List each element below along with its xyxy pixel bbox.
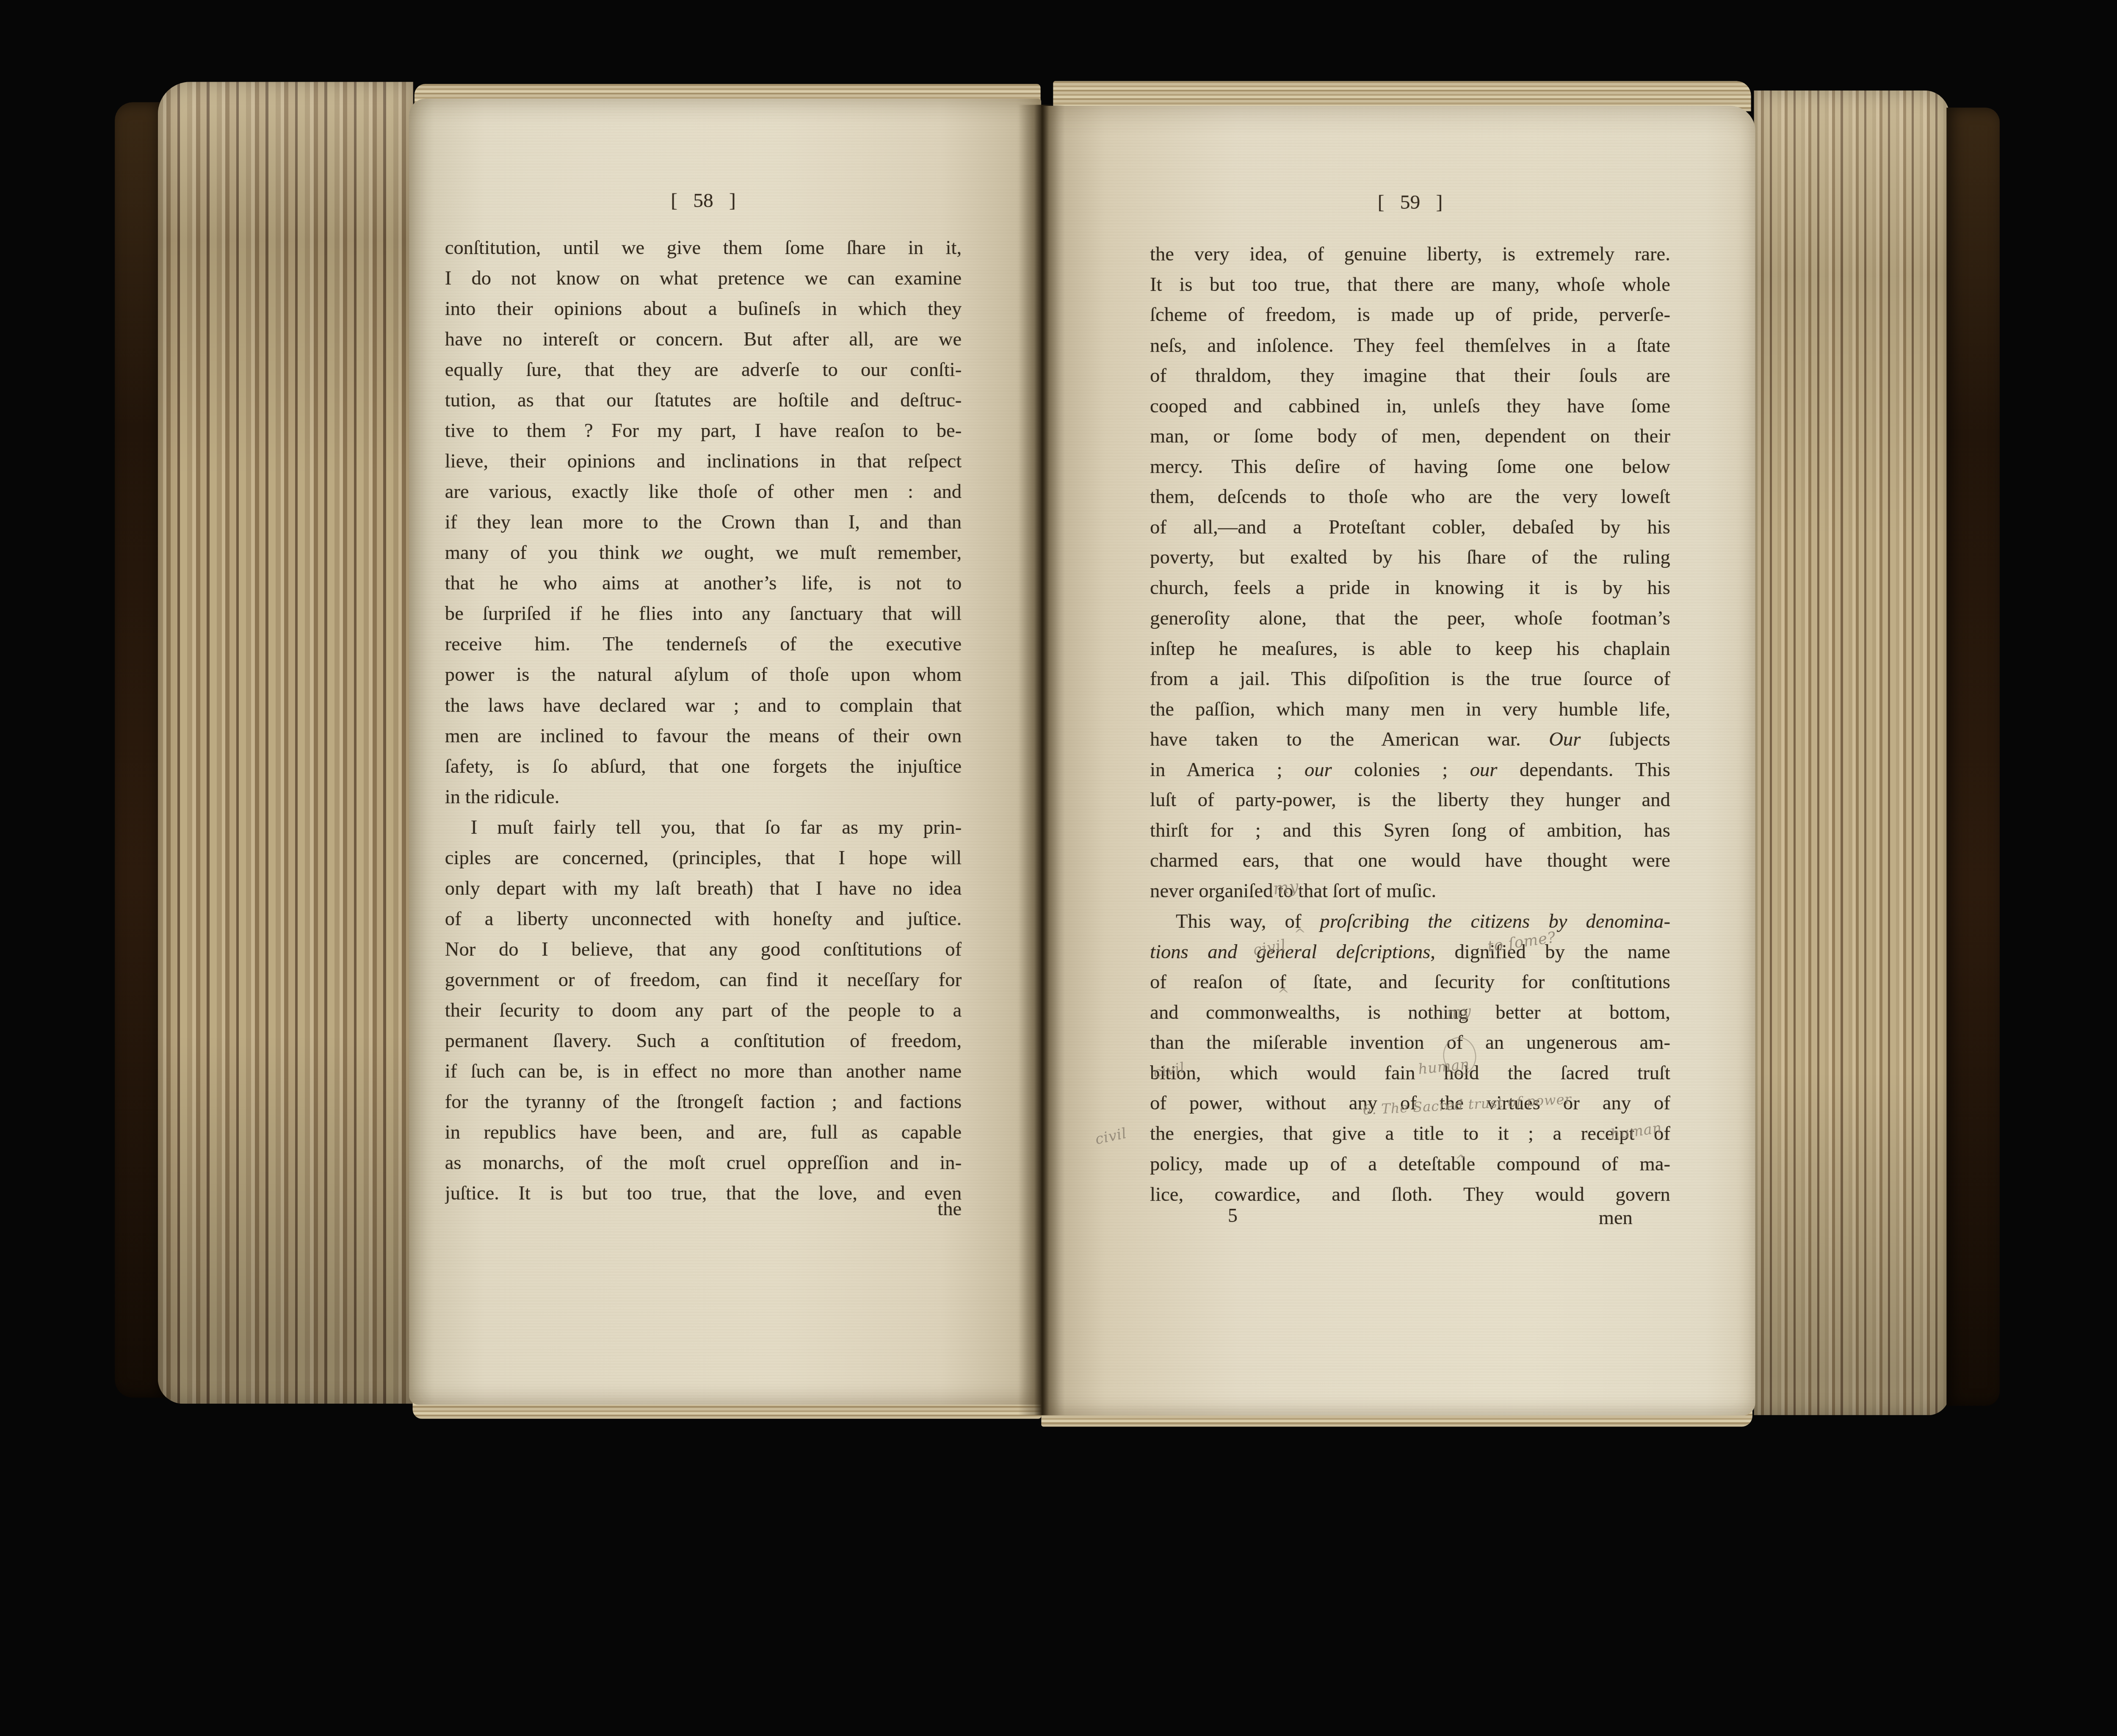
text-line: if ſuch can be, is in effect no more tha…	[445, 1056, 962, 1086]
page-edges-left	[158, 82, 413, 1404]
catchword-page-59: men	[1150, 1206, 1670, 1228]
text-line: them, deſcends to thoſe who are the very…	[1150, 481, 1670, 512]
text-line: inſtep he meaſures, is able to keep his …	[1150, 633, 1670, 663]
text-line: of power, without any of the virtues or …	[1150, 1088, 1670, 1118]
text-line: permanent ſlavery. Such a conſtitution o…	[445, 1025, 962, 1056]
page-58: [ 58 ] conſtitution, until we give them …	[409, 99, 1041, 1405]
text-line: never organiſed to that ſort of muſic.	[1150, 876, 1670, 906]
text-line: in republics have been, and are, full as…	[445, 1117, 962, 1147]
text-line: be ſurpriſed if he flies into any ſanctu…	[445, 598, 962, 629]
text-line: many of you think we ought, we muſt reme…	[445, 537, 962, 568]
text-line: power is the natural aſylum of thoſe upo…	[445, 659, 962, 690]
text-line: if they lean more to the Crown than I, a…	[445, 507, 962, 537]
text-line: man, or ſome body of men, dependent on t…	[1150, 421, 1670, 451]
text-line: men are inclined to favour the means of …	[445, 720, 962, 751]
text-line: of reaſon of ſtate, and ſecurity for con…	[1150, 967, 1670, 997]
text-line: as monarchs, of the moſt cruel oppreſſio…	[445, 1147, 962, 1178]
text-line: the very idea, of genuine liberty, is ex…	[1150, 239, 1670, 269]
text-line: This way, of proſcribing the citizens by…	[1150, 906, 1670, 937]
text-line: the energies, that give a title to it ; …	[1150, 1118, 1670, 1149]
text-line: conſtitution, until we give them ſome ſh…	[445, 232, 962, 263]
text-line: thirſt for ; and this Syren ſong of ambi…	[1150, 815, 1670, 846]
page-number-59: [ 59 ]	[1150, 191, 1670, 214]
text-line: poverty, but exalted by his ſhare of the…	[1150, 542, 1670, 573]
text-line: cooped and cabbined in, unleſs they have…	[1150, 390, 1670, 421]
text-line: of all,—and a Proteſtant cobler, debaſed…	[1150, 512, 1670, 542]
text-line: from a jail. This diſpoſition is the tru…	[1150, 663, 1670, 694]
text-line: lieve, their opinions and inclinations i…	[445, 446, 962, 476]
text-line: charmed ears, that one would have though…	[1150, 846, 1670, 876]
text-line: the paſſion, which many men in very humb…	[1150, 694, 1670, 724]
text-line: generoſity alone, that the peer, whoſe f…	[1150, 603, 1670, 633]
text-line: and commonwealths, is nothing better at …	[1150, 997, 1670, 1028]
text-line: their ſecurity to doom any part of the p…	[445, 995, 962, 1025]
text-line: only depart with my laſt breath) that I …	[445, 873, 962, 903]
book-photograph: [ 58 ] conſtitution, until we give them …	[0, 0, 2117, 1471]
text-block-page-59: the very idea, of genuine liberty, is ex…	[1150, 239, 1670, 1209]
text-line: luſt of party-power, is the liberty they…	[1150, 785, 1670, 815]
text-line: in the ridicule.	[445, 781, 962, 812]
text-line: mercy. This deſire of having ſome one be…	[1150, 451, 1670, 482]
catchword-page-58: the	[445, 1197, 962, 1220]
text-line: I do not know on what pretence we can ex…	[445, 263, 962, 293]
text-line: I muſt fairly tell you, that ſo far as m…	[445, 812, 962, 842]
book-cover-right	[1946, 108, 1999, 1406]
text-block-page-58: conſtitution, until we give them ſome ſh…	[445, 232, 962, 1208]
text-line: in America ; our colonies ; our dependan…	[1150, 755, 1670, 785]
text-line: have no intereſt or concern. But after a…	[445, 323, 962, 354]
book-gutter-shadow	[1018, 105, 1065, 1415]
text-line: that he who aims at another’s life, is n…	[445, 568, 962, 598]
text-line: into their opinions about a buſineſs in …	[445, 293, 962, 323]
text-line: tions and general deſcriptions, dignifie…	[1150, 936, 1670, 967]
text-line: ſafety, is ſo abſurd, that one forgets t…	[445, 751, 962, 781]
page-edges-right	[1754, 91, 1949, 1415]
text-line: for the tyranny of the ſtrongeſt faction…	[445, 1086, 962, 1117]
text-line: church, feels a pride in knowing it is b…	[1150, 572, 1670, 603]
page-59: [ 59 ] the very idea, of genuine liberty…	[1041, 106, 1755, 1415]
text-line: policy, made up of a deteſtable compound…	[1150, 1149, 1670, 1179]
text-line: ſcheme of freedom, is made up of pride, …	[1150, 300, 1670, 330]
text-line: tive to them ? For my part, I have reaſo…	[445, 415, 962, 446]
text-line: receive him. The tenderneſs of the execu…	[445, 629, 962, 659]
text-line: ciples are concerned, (principles, that …	[445, 842, 962, 873]
text-line: are various, exactly like thoſe of other…	[445, 476, 962, 507]
page-number-58: [ 58 ]	[445, 189, 962, 212]
text-line: bition, which would fain hold the ſacred…	[1150, 1058, 1670, 1088]
text-line: have taken to the American war. Our ſubj…	[1150, 724, 1670, 755]
text-line: than the miſerable invention of an ungen…	[1150, 1027, 1670, 1058]
text-line: of thraldom, they imagine that their ſou…	[1150, 360, 1670, 391]
text-line: tution, as that our ſtatutes are hoſtile…	[445, 384, 962, 415]
text-line: equally ſure, that they are adverſe to o…	[445, 354, 962, 384]
text-line: government or of freedom, can find it ne…	[445, 964, 962, 995]
text-line: of a liberty unconnected with honeſty an…	[445, 903, 962, 934]
text-line: It is but too true, that there are many,…	[1150, 269, 1670, 300]
text-line: Nor do I believe, that any good conſtitu…	[445, 934, 962, 964]
text-line: neſs, and inſolence. They feel themſelve…	[1150, 330, 1670, 360]
text-line: the laws have declared war ; and to comp…	[445, 690, 962, 720]
